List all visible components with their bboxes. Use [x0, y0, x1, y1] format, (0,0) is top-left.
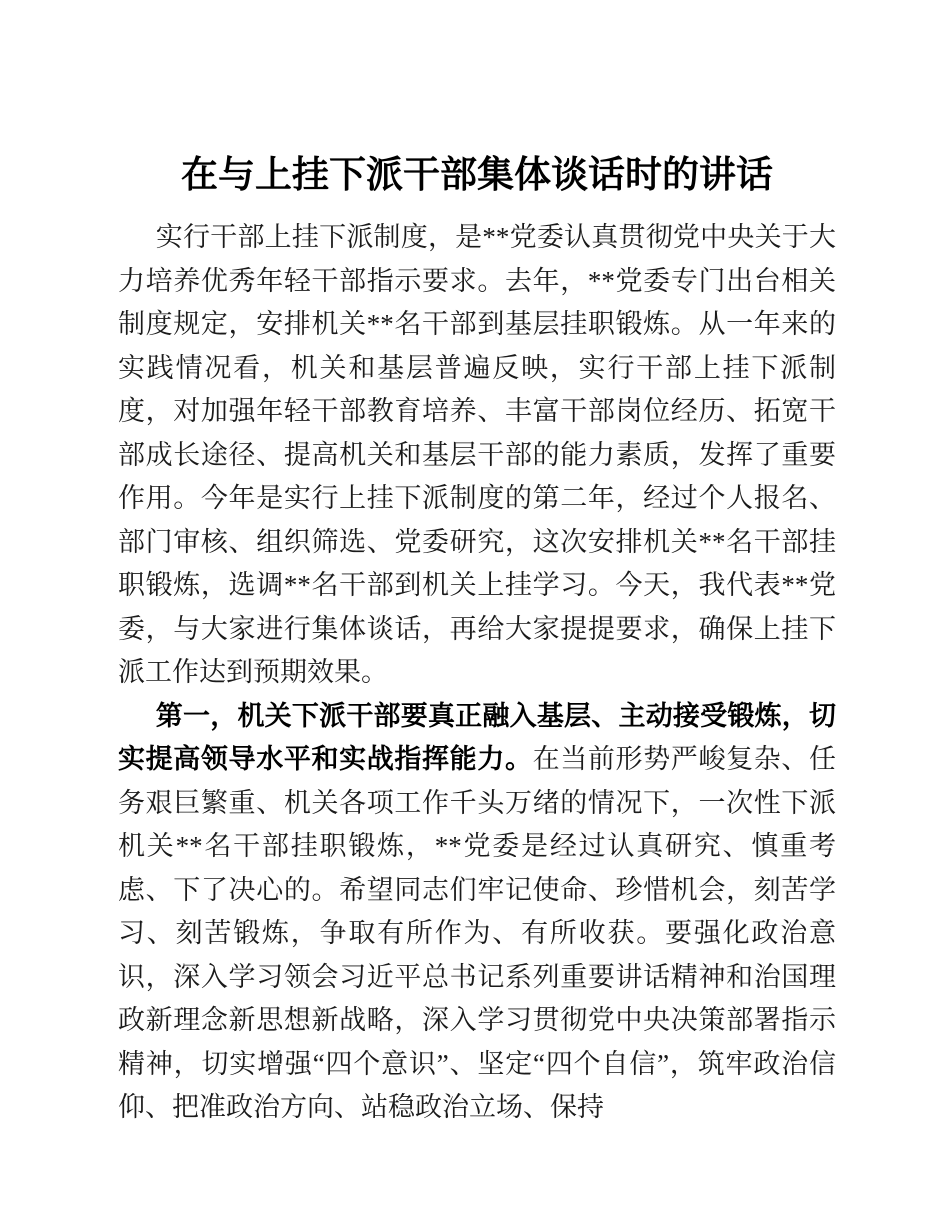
document-page: 在与上挂下派干部集体谈话时的讲话 实行干部上挂下派制度，是**党委认真贯彻党中央… [0, 0, 950, 1230]
paragraph-intro: 实行干部上挂下派制度，是**党委认真贯彻党中央关于大力培养优秀年轻干部指示要求。… [118, 216, 836, 695]
paragraph-first-point: 第一，机关下派干部要真正融入基层、主动接受锻炼，切实提高领导水平和实战指挥能力。… [118, 695, 836, 1130]
paragraph-first-point-text: 在当前形势严峻复杂、任务艰巨繁重、机关各项工作千头万绪的情况下，一次性下派机关*… [118, 744, 836, 1122]
paragraph-intro-text: 实行干部上挂下派制度，是**党委认真贯彻党中央关于大力培养优秀年轻干部指示要求。… [118, 222, 836, 687]
document-title: 在与上挂下派干部集体谈话时的讲话 [118, 152, 836, 200]
